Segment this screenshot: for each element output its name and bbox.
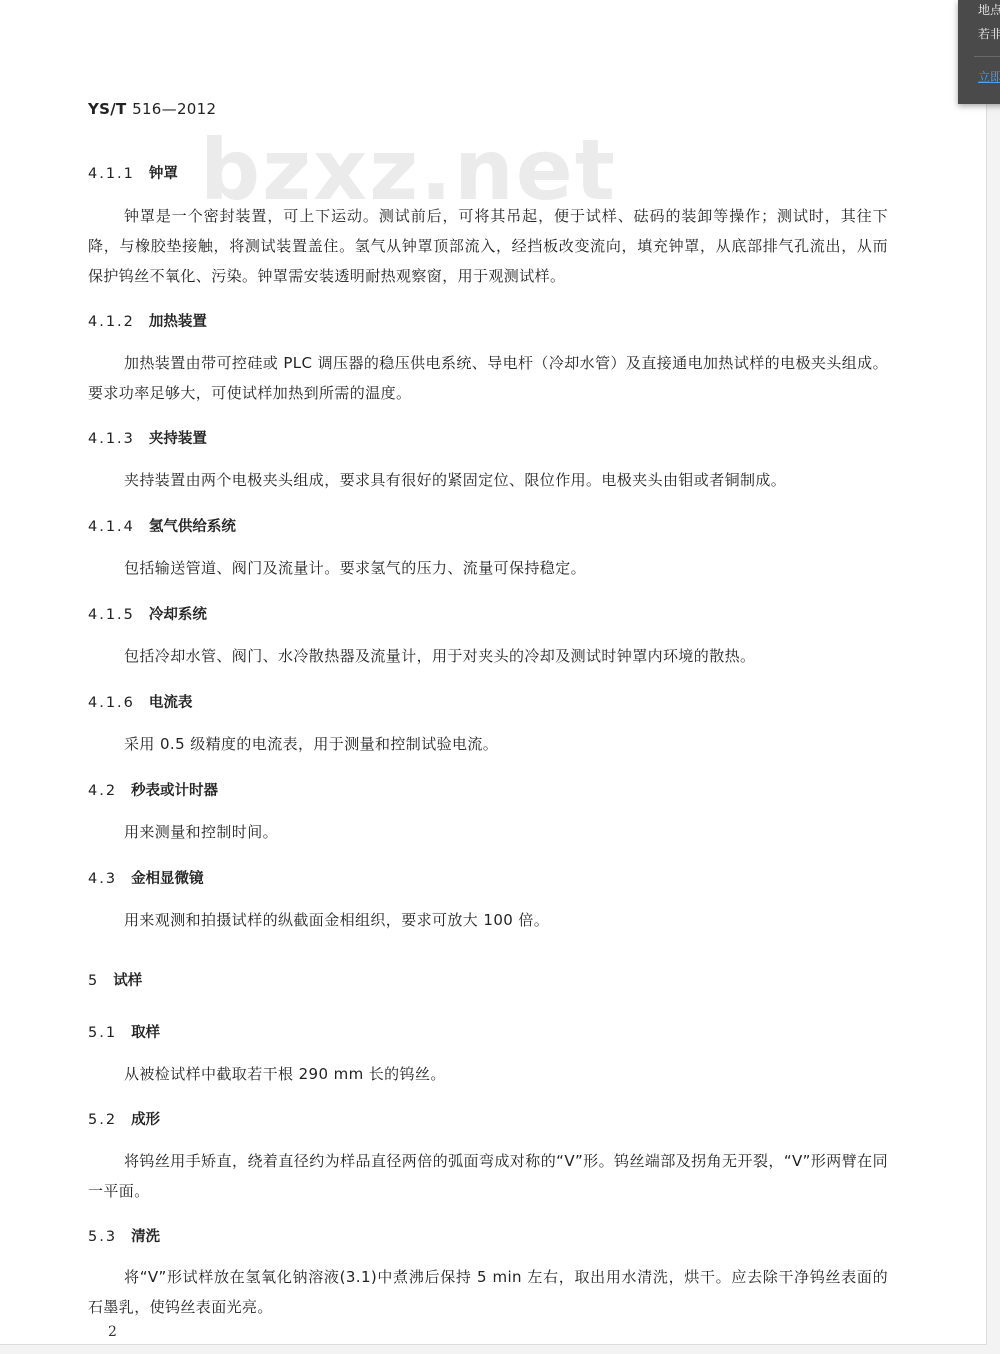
section-title: 夹持装置	[149, 431, 207, 447]
section-paragraph-5-2: 将钨丝用手矫直，绕着直径约为样品直径两倍的弧面弯成对称的“V”形。钨丝端部及拐角…	[88, 1146, 888, 1206]
standard-code-prefix: YS/T	[88, 100, 127, 118]
standard-code: YS/T 516—2012	[88, 100, 216, 118]
section-paragraph-5-1: 从被检试样中截取若干根 290 mm 长的钨丝。	[88, 1059, 888, 1089]
section-paragraph-4-1-2: 加热装置由带可控硅或 PLC 调压器的稳压供电系统、导电杆（冷却水管）及直接通电…	[88, 348, 888, 408]
page-number: 2	[108, 1324, 117, 1340]
section-number: 4.1.3	[88, 431, 135, 447]
popup-divider	[974, 56, 1000, 57]
section-paragraph-5-3: 将“V”形试样放在氢氧化钠溶液(3.1)中煮沸后保持 5 min 左右，取出用水…	[88, 1262, 888, 1322]
section-heading-5-1: 5.1取样	[88, 1021, 160, 1042]
section-heading-5-3: 5.3清洗	[88, 1225, 160, 1246]
section-paragraph-4-1-1: 钟罩是一个密封装置，可上下运动。测试前后，可将其吊起，便于试样、砝码的装卸等操作…	[88, 201, 888, 291]
section-number: 5	[88, 973, 99, 989]
section-number: 4.3	[88, 871, 117, 887]
section-title: 钟罩	[149, 166, 178, 182]
section-title: 秒表或计时器	[131, 783, 218, 799]
section-number: 5.1	[88, 1025, 117, 1041]
section-paragraph-4-1-5: 包括冷却水管、阀门、水冷散热器及流量计，用于对夹头的冷却及测试时钟罩内环境的散热…	[88, 641, 888, 671]
section-number: 4.2	[88, 783, 117, 799]
section-paragraph-4-1-3: 夹持装置由两个电极夹头组成，要求具有很好的紧固定位、限位作用。电极夹头由钼或者铜…	[88, 465, 888, 495]
section-title: 成形	[131, 1112, 160, 1128]
section-heading-4-1-3: 4.1.3夹持装置	[88, 427, 207, 448]
section-heading-4-1-1: 4.1.1钟罩	[88, 162, 178, 183]
notification-popup: 地点 若非 立即	[958, 0, 1000, 104]
section-number: 5.3	[88, 1229, 117, 1245]
section-number: 4.1.5	[88, 607, 135, 623]
section-paragraph-4-2: 用来测量和控制时间。	[88, 817, 888, 847]
watermark: bzxz.net	[200, 128, 617, 212]
section-title: 加热装置	[149, 314, 207, 330]
section-heading-4-3: 4.3金相显微镜	[88, 867, 204, 888]
section-title: 冷却系统	[149, 607, 207, 623]
section-number: 5.2	[88, 1112, 117, 1128]
section-number: 4.1.4	[88, 519, 135, 535]
standard-code-number: 516—2012	[132, 100, 216, 118]
section-heading-5-2: 5.2成形	[88, 1108, 160, 1129]
section-title: 氢气供给系统	[149, 519, 236, 535]
section-paragraph-4-3: 用来观测和拍摄试样的纵截面金相组织，要求可放大 100 倍。	[88, 905, 888, 935]
section-heading-4-1-6: 4.1.6电流表	[88, 691, 192, 712]
section-heading-4-1-2: 4.1.2加热装置	[88, 310, 207, 331]
section-heading-5: 5试样	[88, 969, 142, 990]
section-heading-4-1-5: 4.1.5冷却系统	[88, 603, 207, 624]
section-number: 4.1.2	[88, 314, 135, 330]
section-number: 4.1.1	[88, 166, 135, 182]
section-title: 电流表	[149, 695, 193, 711]
popup-line-2: 若非	[978, 25, 1000, 42]
section-heading-4-2: 4.2秒表或计时器	[88, 779, 218, 800]
section-paragraph-4-1-4: 包括输送管道、阀门及流量计。要求氢气的压力、流量可保持稳定。	[88, 553, 888, 583]
document-page: YS/T 516—2012 bzxz.net 4.1.1钟罩 钟罩是一个密封装置…	[0, 0, 987, 1345]
section-heading-4-1-4: 4.1.4氢气供给系统	[88, 515, 236, 536]
section-title: 取样	[131, 1025, 160, 1041]
section-paragraph-4-1-6: 采用 0.5 级精度的电流表，用于测量和控制试验电流。	[88, 729, 888, 759]
section-title: 金相显微镜	[131, 871, 204, 887]
popup-action-link[interactable]: 立即	[978, 68, 1000, 85]
section-number: 4.1.6	[88, 695, 135, 711]
section-title: 试样	[113, 973, 142, 989]
section-title: 清洗	[131, 1229, 160, 1245]
popup-line-1: 地点	[978, 1, 1000, 18]
